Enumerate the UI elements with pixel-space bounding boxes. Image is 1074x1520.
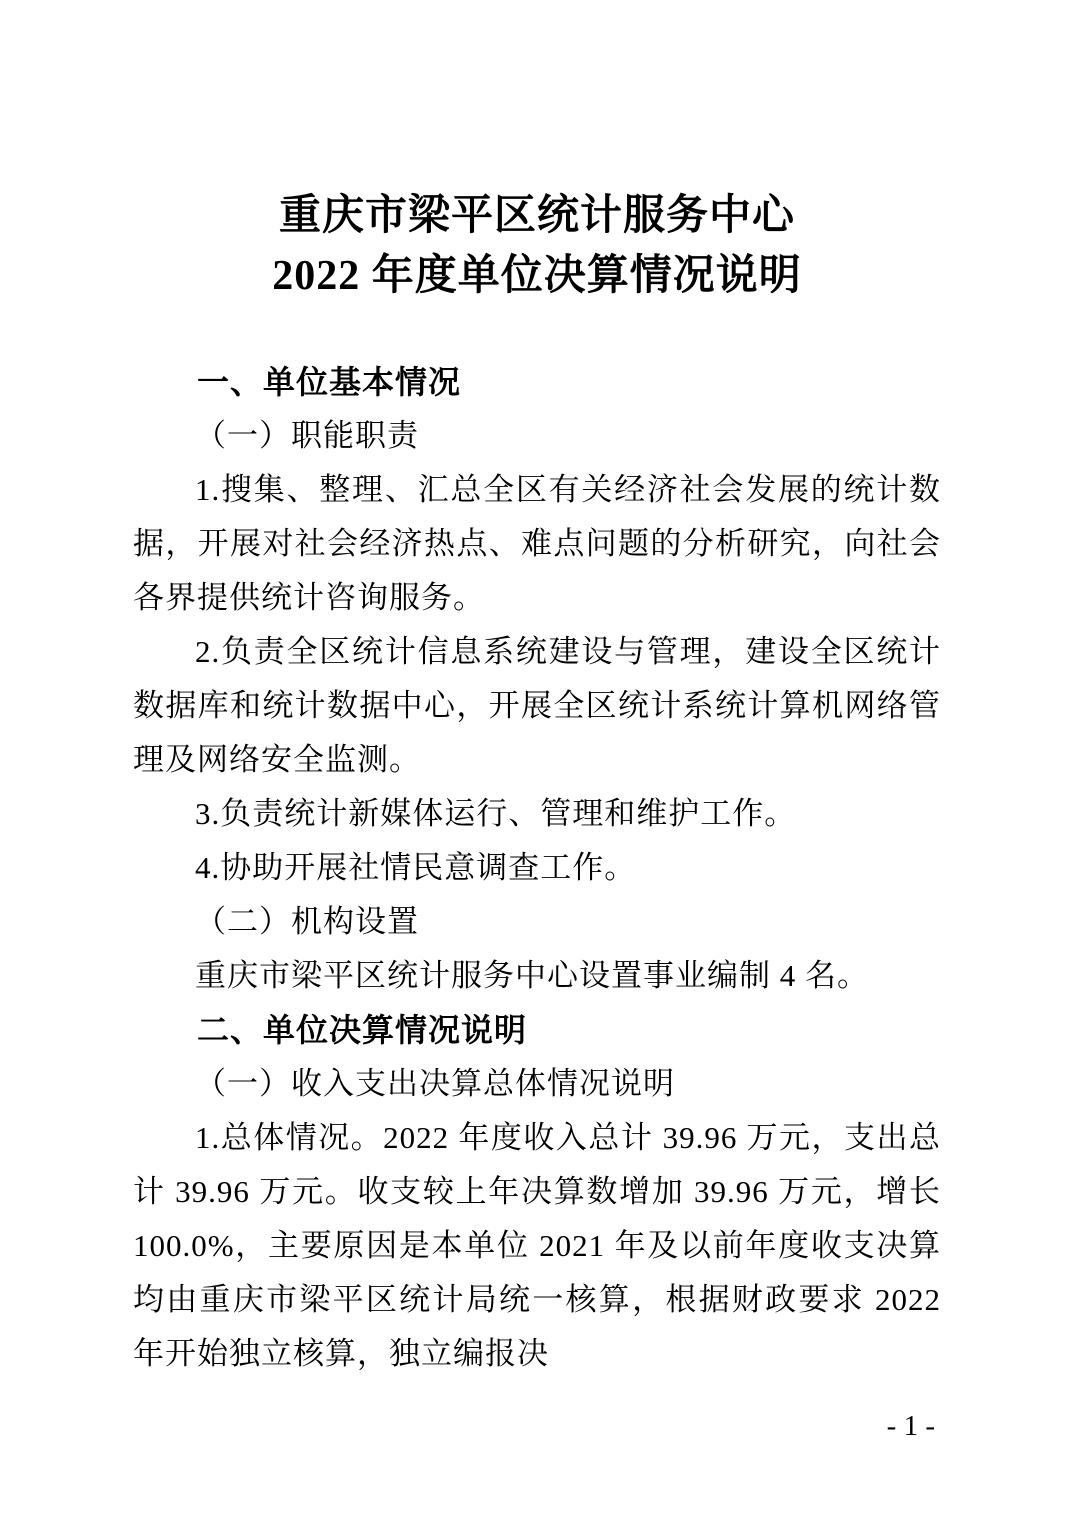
body-paragraph: 重庆市梁平区统计服务中心设置事业编制 4 名。 [133, 949, 941, 1003]
body-paragraph: 1.总体情况。2022 年度收入总计 39.96 万元，支出总计 39.96 万… [133, 1111, 941, 1381]
section-heading: 二、单位决算情况说明 [133, 1003, 941, 1057]
document-title: 重庆市梁平区统计服务中心 2022 年度单位决算情况说明 [133, 186, 941, 306]
body-paragraph: 3.负责统计新媒体运行、管理和维护工作。 [133, 787, 941, 841]
document-body: 一、单位基本情况（一）职能职责1.搜集、整理、汇总全区有关经济社会发展的统计数据… [133, 355, 941, 1381]
subsection-heading: （一）收入支出决算总体情况说明 [133, 1057, 941, 1111]
document-title-line1: 重庆市梁平区统计服务中心 [133, 186, 941, 246]
body-paragraph: 2.负责全区统计信息系统建设与管理，建设全区统计数据库和统计数据中心，开展全区统… [133, 625, 941, 787]
page-number: - 1 - [887, 1406, 935, 1446]
body-paragraph: 1.搜集、整理、汇总全区有关经济社会发展的统计数据，开展对社会经济热点、难点问题… [133, 463, 941, 625]
document-page: 重庆市梁平区统计服务中心 2022 年度单位决算情况说明 一、单位基本情况（一）… [0, 0, 1074, 1520]
document-title-line2: 2022 年度单位决算情况说明 [133, 246, 941, 306]
body-paragraph: 4.协助开展社情民意调查工作。 [133, 841, 941, 895]
section-heading: 一、单位基本情况 [133, 355, 941, 409]
subsection-heading: （二）机构设置 [133, 895, 941, 949]
subsection-heading: （一）职能职责 [133, 409, 941, 463]
